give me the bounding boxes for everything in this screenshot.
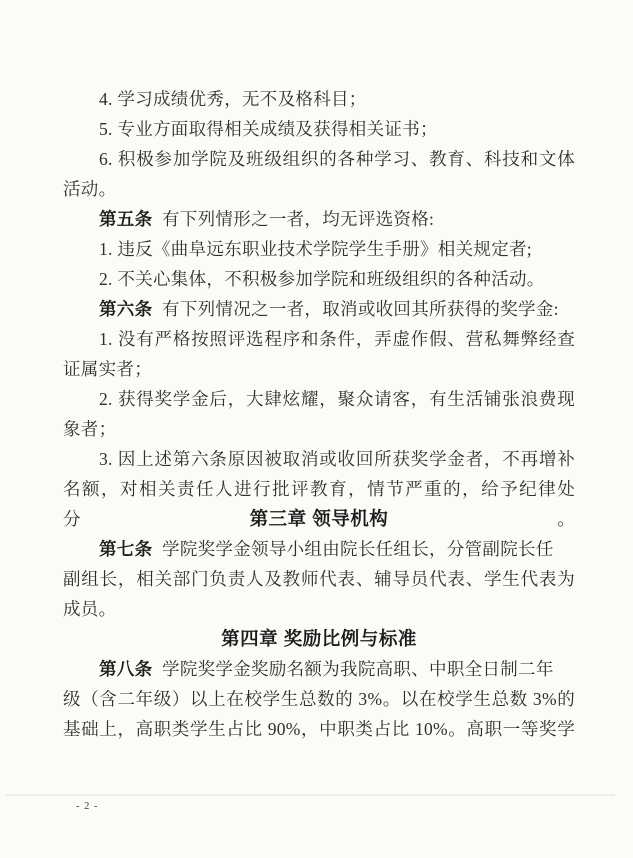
line-text: 有下列情况之一者，取消或收回其所获得的奖学金: (162, 299, 559, 319)
line-text: 6. 积极参加学院及班级组织的各种学习、教育、科技和文体 (99, 149, 575, 169)
line-text: 基础上，高职类学生占比 90%，中职类占比 10%。高职一等奖学 (63, 719, 575, 739)
line-text: 1. 没有严格按照评选程序和条件，弄虚作假、营私舞弊经查 (99, 329, 575, 349)
doc-line: 级（含二年级）以上在校学生总数的 3%。以在校学生总数 3%的 (63, 684, 575, 714)
line-text: 学院奖学金奖励名额为我院高职、中职全日制二年 (162, 659, 554, 679)
doc-line: 象者； (63, 414, 575, 444)
doc-line-article-5: 第五条有下列情形之一者，均无评选资格: (63, 204, 575, 234)
doc-line: 证属实者； (63, 354, 575, 384)
doc-line: 副组长，相关部门负责人及教师代表、辅导员代表、学生代表为 (63, 564, 575, 594)
doc-line: 成员。 (63, 594, 575, 624)
chapter-4-heading: 第四章 奖励比例与标准 (63, 624, 575, 654)
footer-page-number: - 2 - (76, 800, 99, 814)
article-number-label: 第六条 (99, 299, 152, 319)
line-text: 活动。 (63, 179, 116, 199)
line-text: 3. 因上述第六条原因被取消或收回所获奖学金者，不再增补 (99, 449, 575, 469)
heading-text: 第四章 奖励比例与标准 (221, 628, 417, 649)
doc-line-article-7: 第七条学院奖学金领导小组由院长任组长，分管副院长任 (63, 534, 575, 564)
heading-text: 第三章 领导机构 (250, 508, 389, 529)
document-text-block: 4. 学习成绩优秀，无不及格科目； 5. 专业方面取得相关成绩及获得相关证书； … (63, 84, 575, 744)
doc-line: 5. 专业方面取得相关成绩及获得相关证书； (63, 114, 575, 144)
doc-line-article-8: 第八条学院奖学金奖励名额为我院高职、中职全日制二年 (63, 654, 575, 684)
line-text: 象者； (63, 419, 116, 439)
doc-line: 基础上，高职类学生占比 90%，中职类占比 10%。高职一等奖学 (63, 714, 575, 744)
article-number-label: 第八条 (99, 659, 152, 679)
article-number-label: 第五条 (99, 209, 152, 229)
article-number-label: 第七条 (99, 539, 152, 559)
line-text: 副组长，相关部门负责人及教师代表、辅导员代表、学生代表为 (63, 569, 575, 589)
doc-line: 3. 因上述第六条原因被取消或收回所获奖学金者，不再增补 (63, 444, 575, 474)
doc-line: 4. 学习成绩优秀，无不及格科目； (63, 84, 575, 114)
line-text: 级（含二年级）以上在校学生总数的 3%。以在校学生总数 3%的 (63, 689, 575, 709)
line-text: 学院奖学金领导小组由院长任组长，分管副院长任 (162, 539, 554, 559)
doc-line: 1. 违反《曲阜远东职业技术学院学生手册》相关规定者; (63, 234, 575, 264)
doc-line: 2. 获得奖学金后，大肆炫耀，聚众请客，有生活铺张浪费现 (63, 384, 575, 414)
doc-line: 2. 不关心集体，不积极参加学院和班级组织的各种活动。 (63, 264, 575, 294)
line-text: 2. 不关心集体，不积极参加学院和班级组织的各种活动。 (99, 269, 545, 289)
doc-line: 6. 积极参加学院及班级组织的各种学习、教育、科技和文体 (63, 144, 575, 174)
line-text: 证属实者； (63, 359, 152, 379)
line-text: 1. 违反《曲阜远东职业技术学院学生手册》相关规定者; (99, 239, 532, 259)
line-text: 5. 专业方面取得相关成绩及获得相关证书； (99, 119, 438, 139)
footer-rule (6, 794, 615, 796)
doc-line: 1. 没有严格按照评选程序和条件，弄虚作假、营私舞弊经查 (63, 324, 575, 354)
document-page: 4. 学习成绩优秀，无不及格科目； 5. 专业方面取得相关成绩及获得相关证书； … (0, 0, 633, 858)
line-text: 成员。 (63, 599, 116, 619)
line-text: 2. 获得奖学金后，大肆炫耀，聚众请客，有生活铺张浪费现 (99, 389, 575, 409)
doc-line: 活动。 (63, 174, 575, 204)
line-text: 4. 学习成绩优秀，无不及格科目； (99, 89, 367, 109)
doc-line-article-6: 第六条有下列情况之一者，取消或收回其所获得的奖学金: (63, 294, 575, 324)
doc-line: 名额，对相关责任人进行批评教育，情节严重的，给予纪律处分。 (63, 474, 575, 504)
line-text: 有下列情形之一者，均无评选资格: (162, 209, 434, 229)
